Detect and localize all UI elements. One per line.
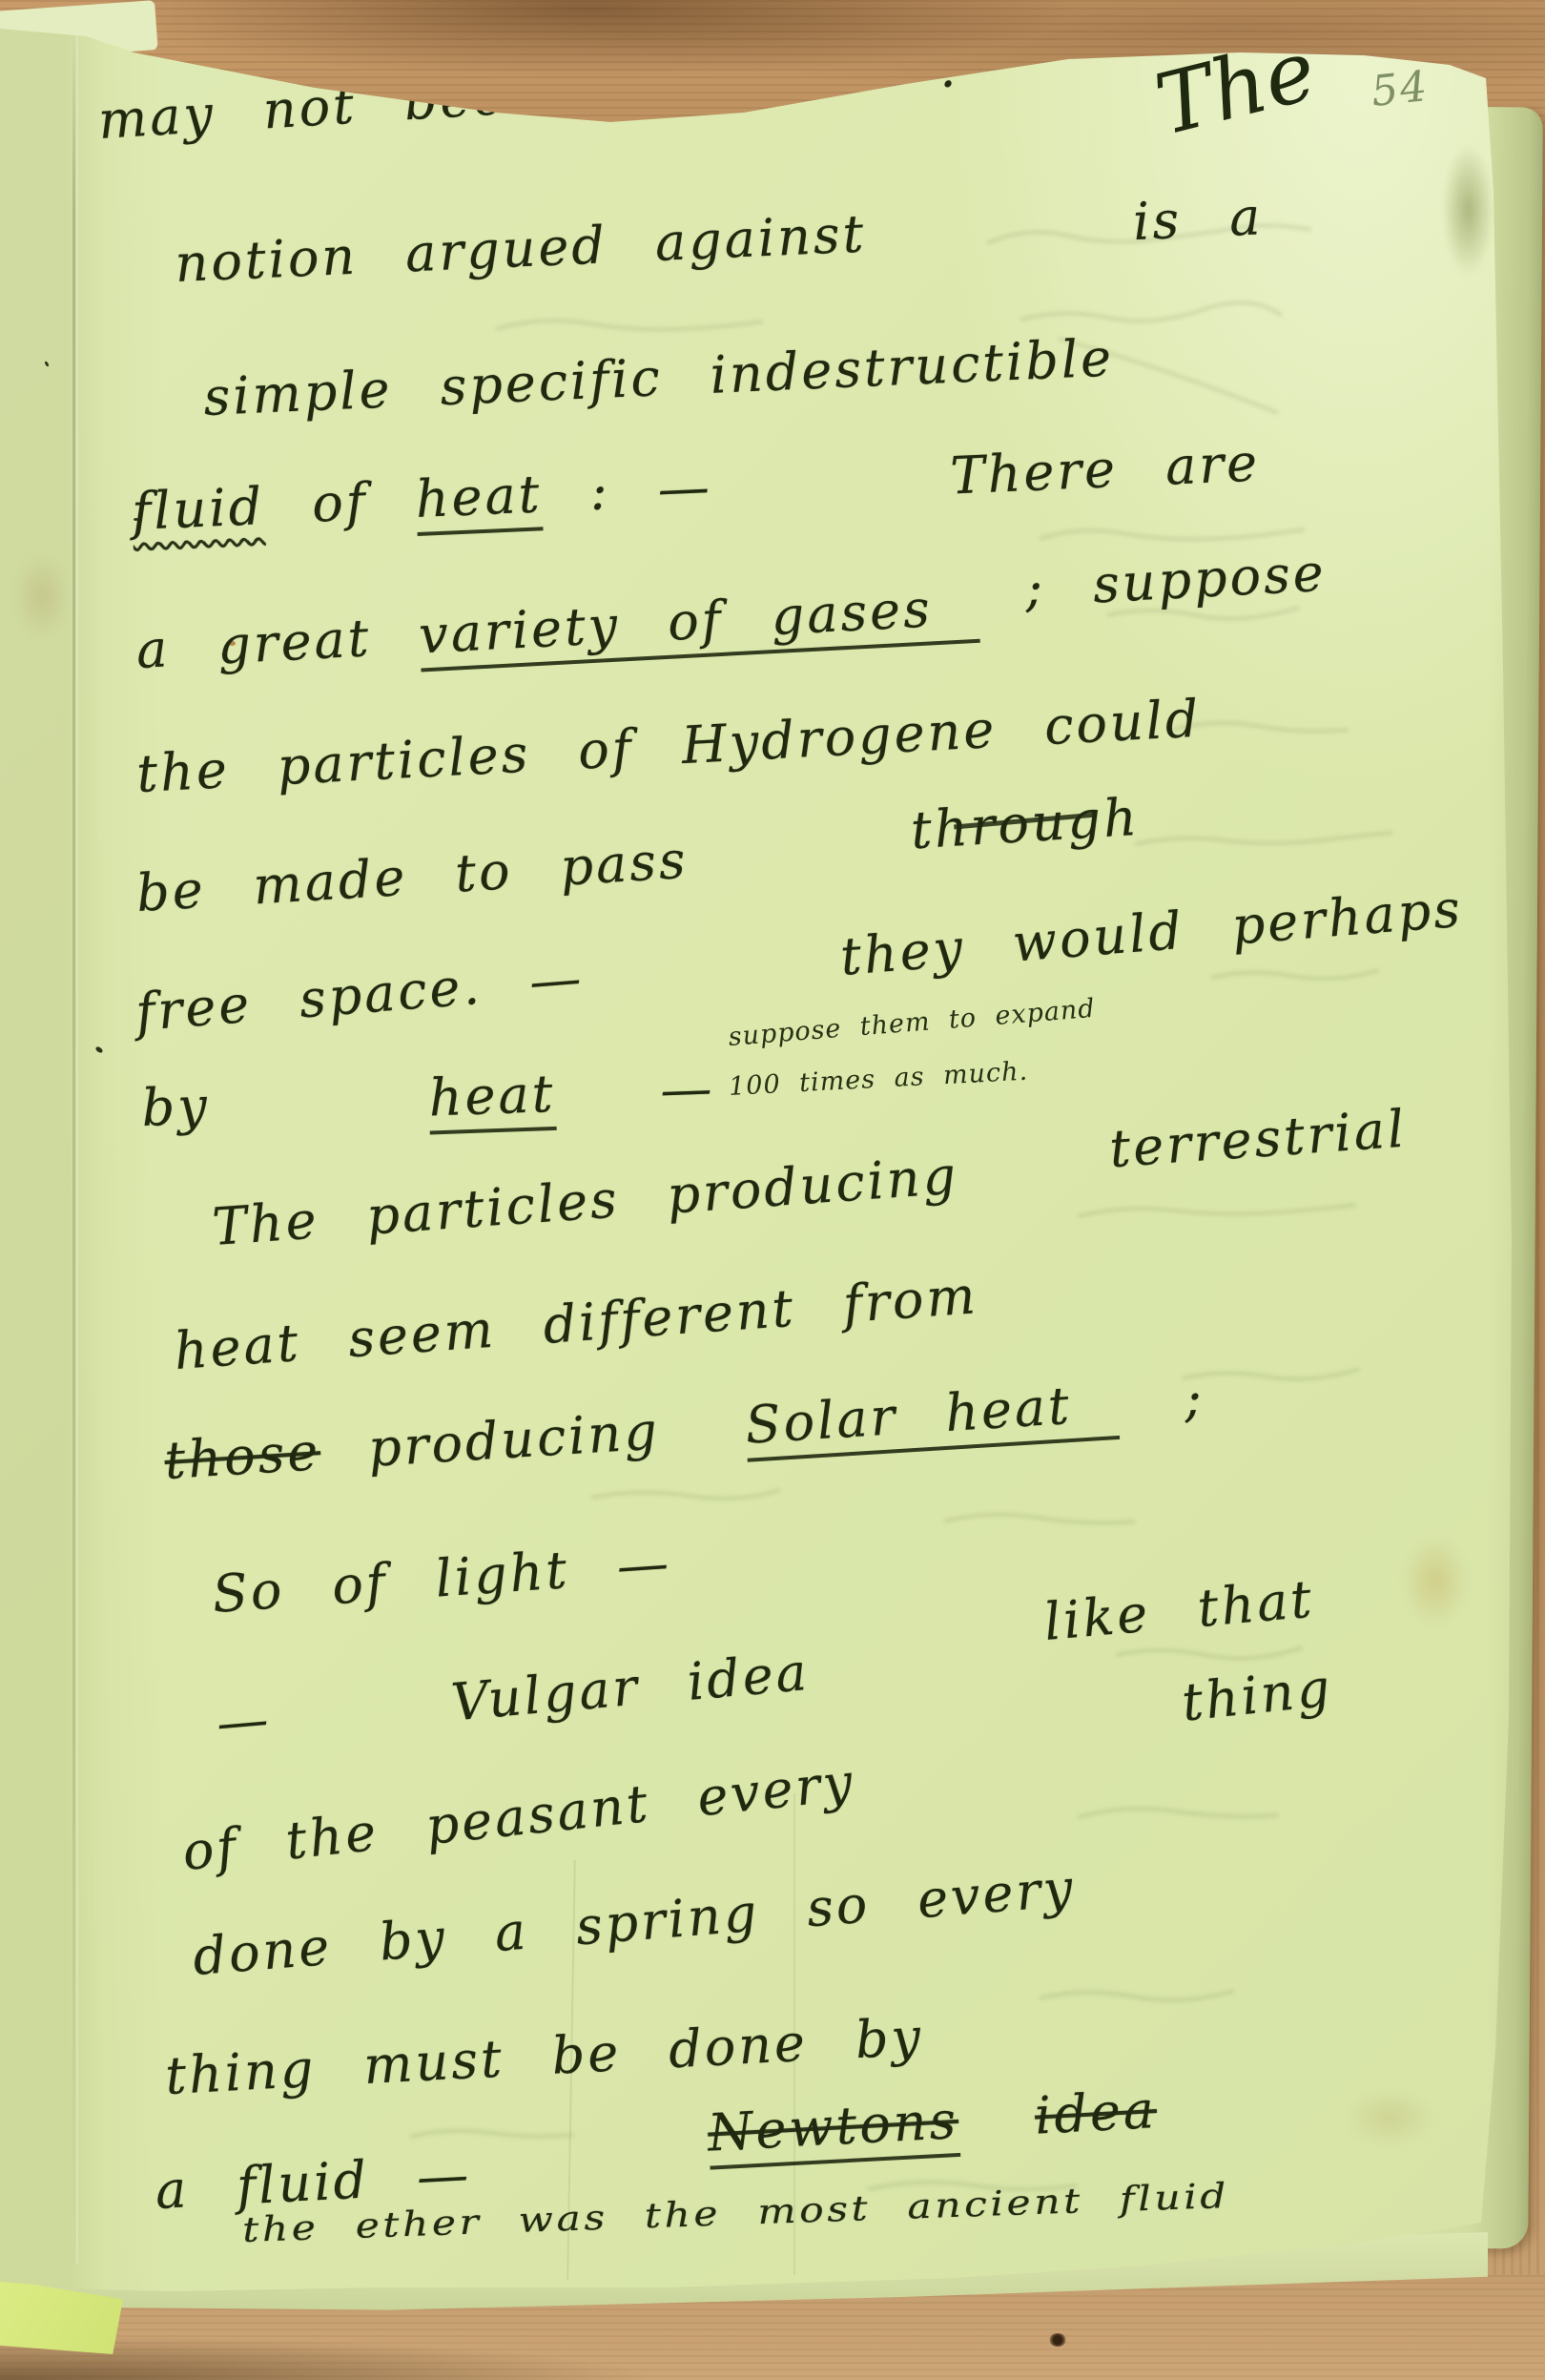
page-number: 54 [1369,62,1431,116]
word-segment: idea [1033,2080,1158,2146]
manuscript-page: The 54 may not become heat ~ . notion ar… [0,0,1545,2380]
manuscript-photo: The 54 may not become heat ~ . notion ar… [0,0,1545,2380]
word-segment: a great [134,608,373,680]
word-segment: Newtons [707,2090,960,2170]
word-segment: those [163,1421,322,1491]
word-segment: : — [588,457,713,523]
word-segment: of [311,471,369,533]
word-segment: ; [1183,1367,1206,1428]
word-segment: There are [949,432,1261,506]
word-segment: heat [428,1064,557,1135]
margin-stain [13,553,71,639]
foxing-stain [1402,1536,1469,1626]
edge-stain [1442,143,1494,277]
word-segment: is a [1132,186,1265,252]
lower-stain [1345,2089,1435,2146]
word-segment: — [215,1688,274,1753]
word-segment: fluid [131,476,265,542]
word-segment: by [141,1076,211,1138]
word-segment: — [659,1058,715,1120]
word-segment: through [909,787,1141,861]
desk-speck [1049,2333,1066,2347]
word-segment: heat [414,464,544,536]
